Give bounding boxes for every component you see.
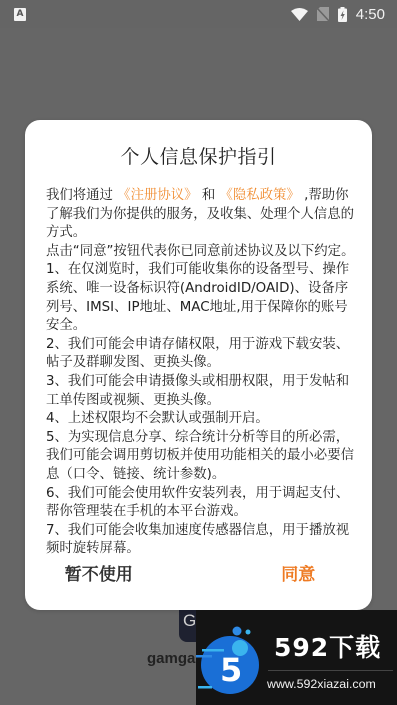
intro-paragraph: 我们将通过 《注册协议》 和 《隐私政策》 ,帮助你了解我们为你提供的服务，及收… bbox=[46, 187, 356, 243]
dialog-body: 我们将通过 《注册协议》 和 《隐私政策》 ,帮助你了解我们为你提供的服务，及收… bbox=[46, 187, 356, 559]
battery-charging-icon bbox=[338, 7, 347, 22]
logo-digit: 5 bbox=[220, 651, 242, 689]
wifi-icon bbox=[291, 8, 308, 21]
intro-and: 和 bbox=[202, 188, 215, 203]
privacy-dialog: 个人信息保护指引 我们将通过 《注册协议》 和 《隐私政策》 ,帮助你了解我们为… bbox=[25, 120, 372, 610]
notification-app-icon: A bbox=[14, 8, 26, 21]
watermark-url: www.592xiazai.com bbox=[267, 677, 376, 691]
consent-note: 点击“同意”按钮代表你已同意前述协议及以下约定。 bbox=[46, 243, 356, 262]
status-bar: A 4:50 bbox=[0, 0, 397, 28]
policy-item-4: 4、上述权限均不会默认或强制开启。 bbox=[46, 410, 356, 429]
intro-prefix: 我们将通过 bbox=[46, 188, 113, 203]
decline-button[interactable]: 暂不使用 bbox=[25, 540, 199, 610]
policy-item-6: 6、我们可能会使用软件安装列表，用于调起支付、帮你管理装在手机的本平台游戏。 bbox=[46, 485, 356, 522]
watermark-592xiazai: 5 592下载 www.592xiazai.com bbox=[196, 610, 397, 705]
watermark-brand: 592下载 bbox=[274, 628, 381, 664]
register-agreement-link[interactable]: 《注册协议》 bbox=[117, 188, 197, 203]
privacy-policy-link[interactable]: 《隐私政策》 bbox=[219, 188, 299, 203]
dialog-actions: 暂不使用 同意 bbox=[25, 540, 372, 610]
dialog-title: 个人信息保护指引 bbox=[25, 142, 372, 169]
background-app-name: gamga bbox=[147, 650, 195, 667]
policy-item-1: 1、在仅浏览时，我们可能收集你的设备型号、操作系统、唯一设备标识符(Androi… bbox=[46, 261, 356, 335]
logo-592-icon: 5 bbox=[196, 610, 268, 705]
watermark-divider bbox=[268, 670, 393, 671]
clock: 4:50 bbox=[356, 6, 385, 23]
policy-item-5: 5、为实现信息分享、综合统计分析等目的所必需，我们可能会调用剪切板并使用功能相关… bbox=[46, 429, 356, 485]
policy-item-2: 2、我们可能会申请存储权限，用于游戏下载安装、帖子及群聊发图、更换头像。 bbox=[46, 336, 356, 373]
no-sim-icon bbox=[317, 7, 329, 21]
policy-item-3: 3、我们可能会申请摄像头或相册权限，用于发帖和工单传图或视频、更换头像。 bbox=[46, 373, 356, 410]
agree-button[interactable]: 同意 bbox=[199, 540, 373, 610]
